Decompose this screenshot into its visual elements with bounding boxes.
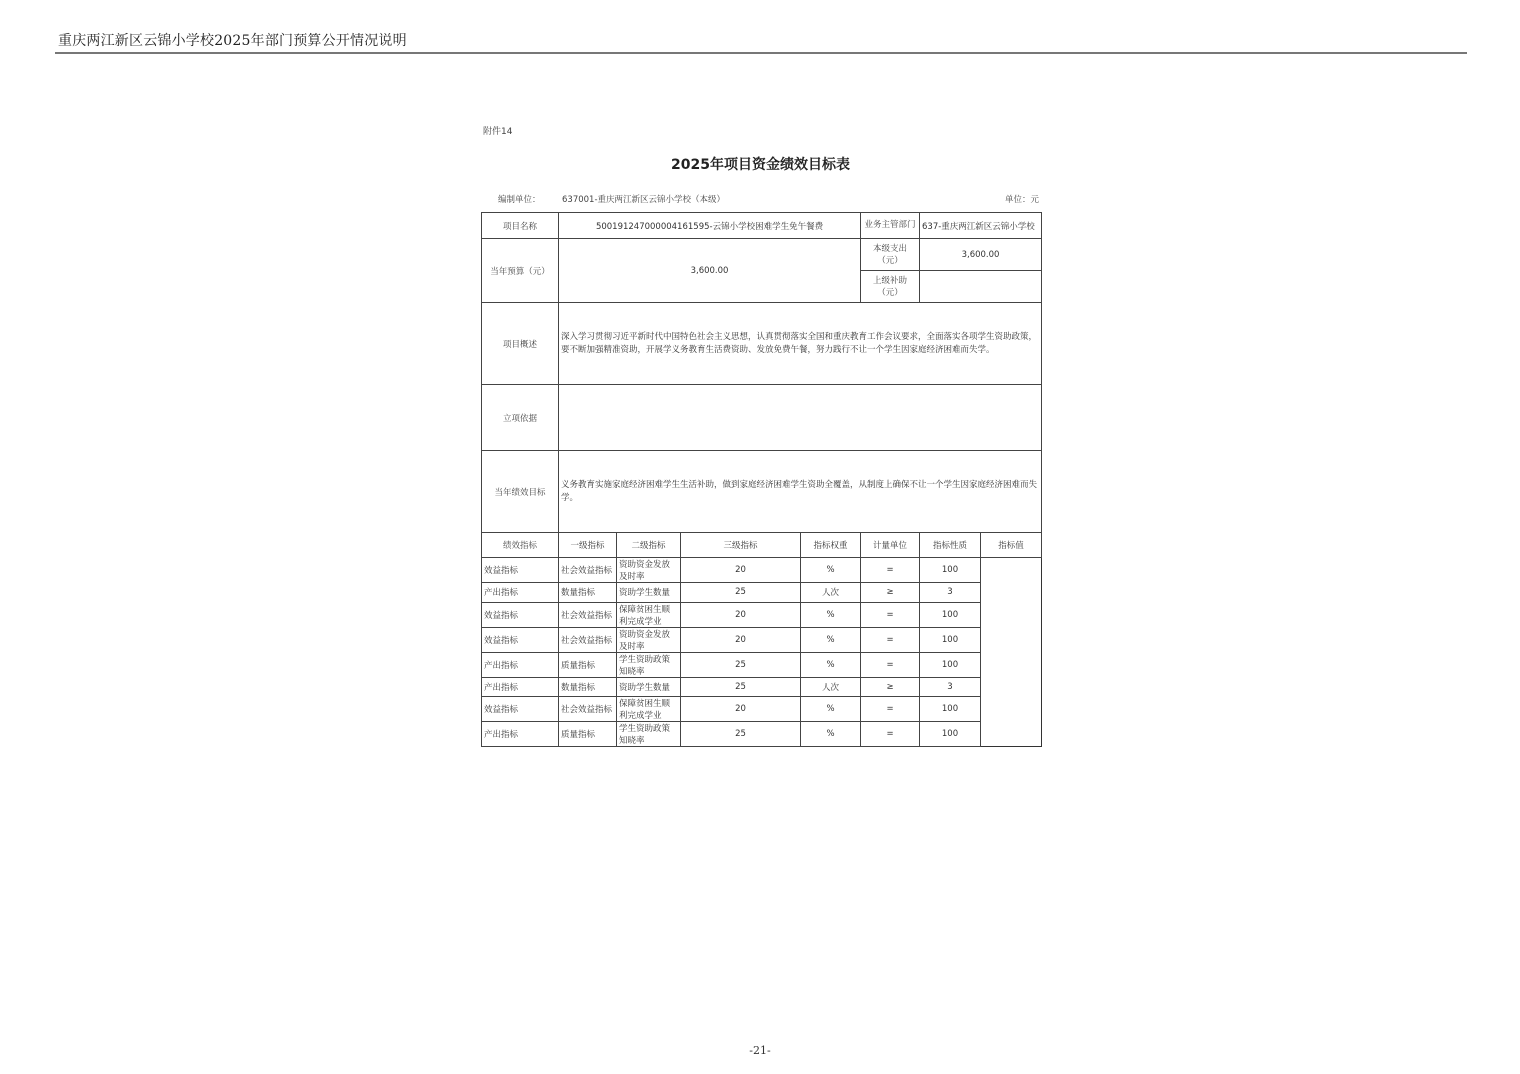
indicator-row: 产出指标质量指标学生资助政策知晓率25%=100 bbox=[482, 652, 1042, 677]
indicator-level3: 学生资助政策知晓率 bbox=[617, 652, 681, 677]
indicator-unit: 人次 bbox=[801, 583, 861, 603]
indicator-level3: 资助学生数量 bbox=[617, 583, 681, 603]
indicator-nature: ≥ bbox=[861, 677, 920, 697]
indicator-level1: 效益指标 bbox=[482, 558, 559, 583]
indicator-level3: 学生资助政策知晓率 bbox=[617, 722, 681, 747]
indicator-level3: 资助资金发放及时率 bbox=[617, 627, 681, 652]
attachment-label: 附件14 bbox=[483, 124, 512, 137]
header-rule bbox=[55, 52, 1467, 54]
indicator-level2: 质量指标 bbox=[559, 652, 617, 677]
table-title: 2025年项目资金绩效目标表 bbox=[480, 154, 1041, 174]
currency-unit-label: 单位：元 bbox=[1005, 193, 1039, 205]
indicator-row: 效益指标社会效益指标资助资金发放及时率20%=100 bbox=[482, 558, 1042, 583]
indicator-weight: 20 bbox=[681, 627, 801, 652]
indicator-level2: 社会效益指标 bbox=[559, 558, 617, 583]
col-header-unit: 计量单位 bbox=[861, 533, 920, 558]
indicator-level3: 保障贫困生顺利完成学业 bbox=[617, 697, 681, 722]
indicator-row: 产出指标数量指标资助学生数量25人次≥3 bbox=[482, 583, 1042, 603]
col-header-level2: 二级指标 bbox=[617, 533, 681, 558]
indicator-unit: % bbox=[801, 602, 861, 627]
indicator-nature: = bbox=[861, 602, 920, 627]
indicator-level1: 产出指标 bbox=[482, 677, 559, 697]
col-header-level3: 三级指标 bbox=[681, 533, 801, 558]
goal-row: 当年绩效目标 义务教育实施家庭经济困难学生生活补助，做到家庭经济困难学生资助全覆… bbox=[482, 451, 1042, 533]
dept-label: 业务主管部门 bbox=[861, 213, 920, 239]
indicator-nature: = bbox=[861, 558, 920, 583]
indicator-unit: % bbox=[801, 652, 861, 677]
indicator-weight: 20 bbox=[681, 697, 801, 722]
indicator-nature: = bbox=[861, 722, 920, 747]
indicator-level2: 社会效益指标 bbox=[559, 697, 617, 722]
indicator-unit: % bbox=[801, 697, 861, 722]
indicator-weight: 25 bbox=[681, 583, 801, 603]
indicator-weight: 20 bbox=[681, 602, 801, 627]
indicator-value: 100 bbox=[920, 627, 981, 652]
indicator-level2: 社会效益指标 bbox=[559, 602, 617, 627]
indicator-level2: 社会效益指标 bbox=[559, 627, 617, 652]
superior-subsidy-value bbox=[920, 271, 1042, 303]
indicator-level3: 资助学生数量 bbox=[617, 677, 681, 697]
indicator-weight: 20 bbox=[681, 558, 801, 583]
indicator-level1: 产出指标 bbox=[482, 652, 559, 677]
indicator-row: 产出指标质量指标学生资助政策知晓率25%=100 bbox=[482, 722, 1042, 747]
indicator-unit: 人次 bbox=[801, 677, 861, 697]
indicator-row: 效益指标社会效益指标保障贫困生顺利完成学业20%=100 bbox=[482, 602, 1042, 627]
superior-subsidy-label: 上级补助（元） bbox=[861, 271, 920, 303]
indicator-level1: 效益指标 bbox=[482, 602, 559, 627]
own-expense-label: 本级支出（元） bbox=[861, 239, 920, 271]
indicator-header-row: 绩效指标 一级指标 二级指标 三级指标 指标权重 计量单位 指标性质 指标值 bbox=[482, 533, 1042, 558]
project-name-value: 500191247000004161595-云锦小学校困难学生免午餐费 bbox=[559, 213, 861, 239]
page-number: -21- bbox=[0, 1044, 1520, 1057]
indicator-value: 100 bbox=[920, 722, 981, 747]
compiling-unit-label: 编制单位： bbox=[498, 193, 541, 205]
indicator-row: 产出指标数量指标资助学生数量25人次≥3 bbox=[482, 677, 1042, 697]
basis-value bbox=[559, 385, 1042, 451]
budget-value: 3,600.00 bbox=[559, 239, 861, 303]
goal-label: 当年绩效目标 bbox=[482, 451, 559, 533]
project-name-row: 项目名称 500191247000004161595-云锦小学校困难学生免午餐费… bbox=[482, 213, 1042, 239]
indicator-nature: = bbox=[861, 627, 920, 652]
project-name-label: 项目名称 bbox=[482, 213, 559, 239]
indicator-weight: 25 bbox=[681, 652, 801, 677]
budget-label: 当年预算（元） bbox=[482, 239, 559, 303]
indicator-value: 3 bbox=[920, 677, 981, 697]
col-header-nature: 指标性质 bbox=[920, 533, 981, 558]
indicator-value: 100 bbox=[920, 602, 981, 627]
indicator-weight: 25 bbox=[681, 722, 801, 747]
indicator-row: 效益指标社会效益指标资助资金发放及时率20%=100 bbox=[482, 627, 1042, 652]
indicator-value: 100 bbox=[920, 558, 981, 583]
indicator-nature: ≥ bbox=[861, 583, 920, 603]
col-header-level1: 一级指标 bbox=[559, 533, 617, 558]
indicators-label: 绩效指标 bbox=[482, 533, 559, 558]
indicator-unit: % bbox=[801, 558, 861, 583]
overview-label: 项目概述 bbox=[482, 303, 559, 385]
col-header-weight: 指标权重 bbox=[801, 533, 861, 558]
overview-value: 深入学习贯彻习近平新时代中国特色社会主义思想，认真贯彻落实全国和重庆教育工作会议… bbox=[559, 303, 1042, 385]
indicator-level2: 质量指标 bbox=[559, 722, 617, 747]
indicator-level1: 效益指标 bbox=[482, 627, 559, 652]
indicator-value: 3 bbox=[920, 583, 981, 603]
budget-row: 当年预算（元） 3,600.00 本级支出（元） 3,600.00 bbox=[482, 239, 1042, 271]
indicator-level1: 效益指标 bbox=[482, 697, 559, 722]
basis-row: 立项依据 bbox=[482, 385, 1042, 451]
indicator-level2: 数量指标 bbox=[559, 677, 617, 697]
indicator-value: 100 bbox=[920, 652, 981, 677]
indicator-level3: 资助资金发放及时率 bbox=[617, 558, 681, 583]
running-header: 重庆两江新区云锦小学校2025年部门预算公开情况说明 bbox=[58, 30, 407, 50]
indicator-level1: 产出指标 bbox=[482, 722, 559, 747]
goal-value: 义务教育实施家庭经济困难学生生活补助，做到家庭经济困难学生资助全覆盖，从制度上确… bbox=[559, 451, 1042, 533]
indicator-unit: % bbox=[801, 627, 861, 652]
indicator-level1: 产出指标 bbox=[482, 583, 559, 603]
basis-label: 立项依据 bbox=[482, 385, 559, 451]
own-expense-value: 3,600.00 bbox=[920, 239, 1042, 271]
indicator-unit: % bbox=[801, 722, 861, 747]
indicator-nature: = bbox=[861, 652, 920, 677]
compiling-unit-value: 637001-重庆两江新区云锦小学校（本级） bbox=[562, 193, 725, 205]
performance-target-table: 项目名称 500191247000004161595-云锦小学校困难学生免午餐费… bbox=[481, 212, 1042, 747]
indicator-row: 效益指标社会效益指标保障贫困生顺利完成学业20%=100 bbox=[482, 697, 1042, 722]
overview-row: 项目概述 深入学习贯彻习近平新时代中国特色社会主义思想，认真贯彻落实全国和重庆教… bbox=[482, 303, 1042, 385]
dept-value: 637-重庆两江新区云锦小学校 bbox=[920, 213, 1042, 239]
indicator-value: 100 bbox=[920, 697, 981, 722]
meta-row: 编制单位： 637001-重庆两江新区云锦小学校（本级） 单位：元 bbox=[480, 193, 1041, 207]
indicator-weight: 25 bbox=[681, 677, 801, 697]
indicator-nature: = bbox=[861, 697, 920, 722]
indicator-level3: 保障贫困生顺利完成学业 bbox=[617, 602, 681, 627]
indicator-level2: 数量指标 bbox=[559, 583, 617, 603]
col-header-value: 指标值 bbox=[981, 533, 1042, 558]
